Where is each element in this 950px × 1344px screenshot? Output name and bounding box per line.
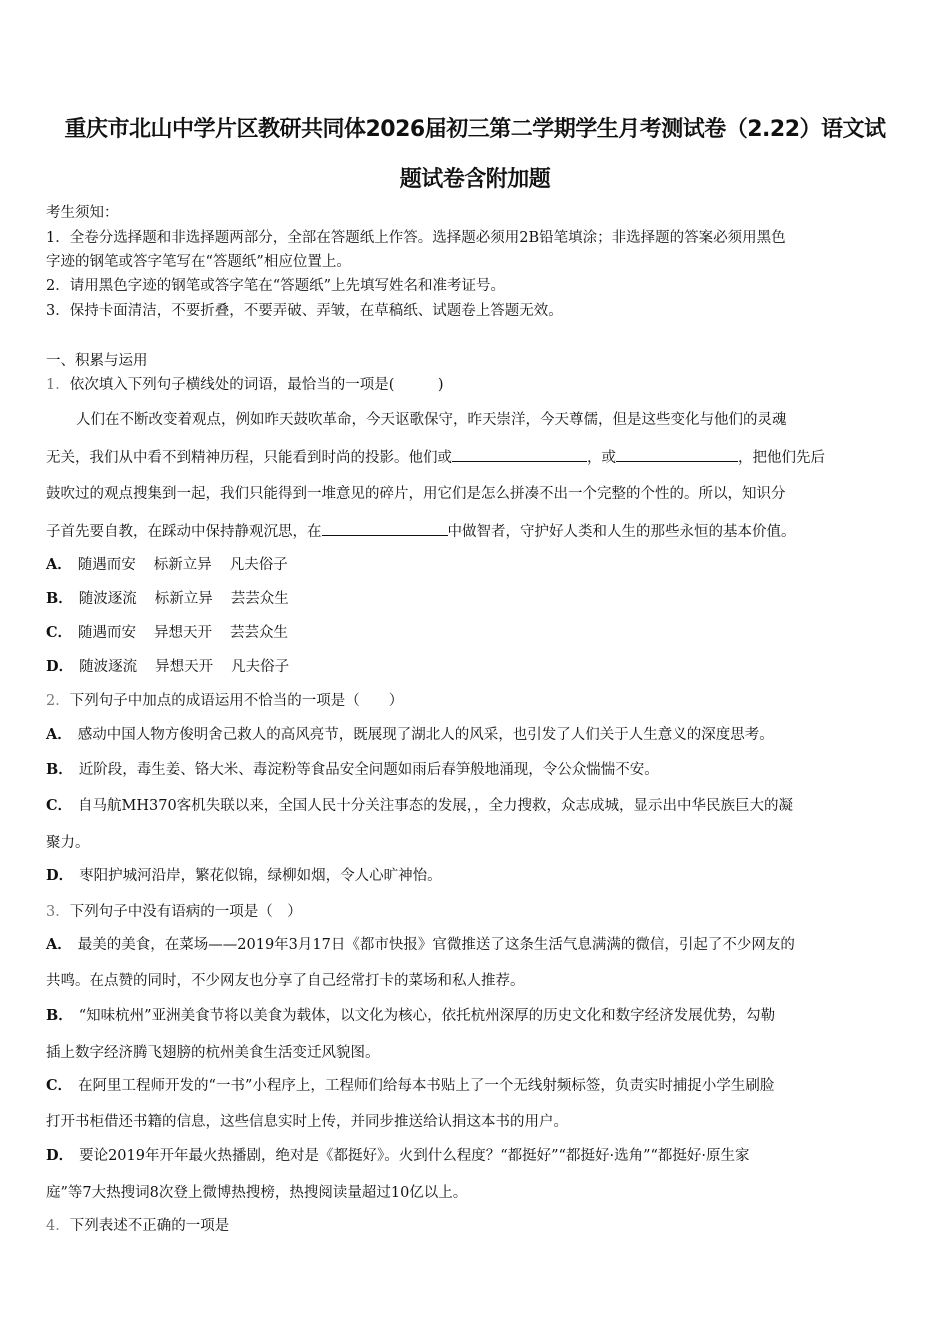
passage-line-3: 鼓吹过的观点搜集到一起，我们只能得到一堆意见的碎片，用它们是怎么拼凑不出一个完整… (46, 484, 786, 504)
option-letter: D． (46, 867, 73, 884)
notice-item-2: 2．请用黑色字迹的钢笔或答字笔在“答题纸”上先填写姓名和准考证号。 (46, 276, 505, 296)
option-c: C．自马航MH370客机失联以来，全国人民十分关注事态的发展，，全力搜救，众志成… (46, 796, 793, 816)
option-word: 芸芸众生 (231, 591, 289, 607)
option-d-cont: 庭”等7大热搜词8次登上微博热搜榜，热搜阅读量超过10亿以上。 (46, 1183, 467, 1203)
question-1-stem-line: 1．依次填入下列句子横线处的词语，最恰当的一项是( ) (46, 375, 444, 395)
option-letter: B． (46, 761, 73, 778)
option-word: 芸芸众生 (230, 625, 288, 641)
option-d: D．枣阳护城河沿岸，繁花似锦，绿柳如烟，令人心旷神怡。 (46, 866, 442, 886)
passage-text: 子首先要自教，在踩动中保持静观沉思，在 (46, 524, 322, 540)
passage-line-1: 人们在不断改变着观点，例如昨天鼓吹革命，今天讴歌保守，昨天崇洋，今天尊儒，但是这… (76, 410, 787, 430)
option-letter: C． (46, 797, 72, 814)
passage-text: ，把他们先后 (738, 450, 825, 466)
option-word: 随波逐流 (79, 591, 137, 607)
notice-item-3: 3．保持卡面清洁，不要折叠，不要弄破、弄皱，在草稿纸、试题卷上答题无效。 (46, 301, 563, 321)
question-stem: 依次填入下列句子横线处的词语，最恰当的一项是( ) (70, 377, 444, 393)
option-b: B．近阶段，毒生姜、铬大米、毒淀粉等食品安全问题如雨后春笋般地涌现，令公众惴惴不… (46, 760, 659, 780)
option-letter: B． (46, 1007, 73, 1024)
option-c-cont: 打开书柜借还书籍的信息，这些信息实时上传，并同步推送给认捐这本书的用户。 (46, 1112, 568, 1132)
option-c: C．随遇而安异想天开芸芸众生 (46, 623, 288, 643)
option-letter: D． (46, 658, 73, 675)
question-stem: 下列句子中加点的成语运用不恰当的一项是（ ） (70, 693, 404, 709)
option-letter: D． (46, 1147, 73, 1164)
option-text: 要论2019年开年最火热播剧，绝对是《都挺好》。火到什么程度？“都挺好”“都挺好… (79, 1148, 749, 1164)
option-b: B．随波逐流标新立异芸芸众生 (46, 589, 289, 609)
question-stem: 下列句子中没有语病的一项是（ ） (70, 904, 302, 920)
question-number: 1． (46, 377, 70, 393)
option-c: C．在阿里工程师开发的“一书”小程序上，工程师们给每本书贴上了一个无线射频标签，… (46, 1076, 774, 1096)
option-a: A．感动中国人物方俊明舍己救人的高风亮节，既展现了湖北人的风采，也引发了人们关于… (46, 725, 774, 745)
section-heading: 一、积累与运用 (46, 351, 148, 371)
option-word: 随遇而安 (78, 557, 136, 573)
passage-line-4: 子首先要自教，在踩动中保持静观沉思，在中做智者，守护好人类和人生的那些永恒的基本… (46, 521, 796, 542)
option-text: 感动中国人物方俊明舍己救人的高风亮节，既展现了湖北人的风采，也引发了人们关于人生… (78, 727, 774, 743)
option-c-cont: 聚力。 (46, 833, 90, 853)
option-a-cont: 共鸣。在点赞的同时，不少网友也分享了自己经常打卡的菜场和私人推荐。 (46, 971, 525, 991)
question-number: 2． (46, 693, 70, 709)
option-b: B．“知味杭州”亚洲美食节将以美食为载体，以文化为核心，依托杭州深厚的历史文化和… (46, 1006, 775, 1026)
document-title-line1: 重庆市北山中学片区教研共同体2026届初三第二学期学生月考测试卷（2.22）语文… (0, 112, 950, 143)
option-word: 随遇而安 (78, 625, 136, 641)
option-text: 在阿里工程师开发的“一书”小程序上，工程师们给每本书贴上了一个无线射频标签，负责… (78, 1078, 774, 1094)
option-letter: A． (46, 936, 72, 953)
option-letter: A． (46, 556, 72, 573)
option-word: 凡夫俗子 (231, 659, 289, 675)
question-number: 3． (46, 904, 70, 920)
option-word: 凡夫俗子 (230, 557, 288, 573)
passage-line-2: 无关，我们从中看不到精神历程，只能看到时尚的投影。他们或，或，把他们先后 (46, 447, 825, 468)
fill-blank-3 (322, 521, 448, 536)
fill-blank-2 (616, 447, 738, 462)
option-text: 枣阳护城河沿岸，繁花似锦，绿柳如烟，令人心旷神怡。 (79, 868, 442, 884)
question-3-stem-line: 3．下列句子中没有语病的一项是（ ） (46, 902, 302, 922)
option-a: A．最美的美食，在菜场——2019年3月17日《都市快报》官微推送了这条生活气息… (46, 935, 795, 955)
option-d: D．要论2019年开年最火热播剧，绝对是《都挺好》。火到什么程度？“都挺好”“都… (46, 1146, 750, 1166)
option-letter: C． (46, 1077, 72, 1094)
option-text: 近阶段，毒生姜、铬大米、毒淀粉等食品安全问题如雨后春笋般地涌现，令公众惴惴不安。 (79, 762, 659, 778)
notice-item-1: 1．全卷分选择题和非选择题两部分，全部在答题纸上作答。选择题必须用2B铅笔填涂；… (46, 228, 786, 248)
option-letter: C． (46, 624, 72, 641)
notice-item-1-cont: 字迹的钢笔或答字笔写在“答题纸”相应位置上。 (46, 252, 351, 272)
question-stem: 下列表述不正确的一项是 (70, 1218, 230, 1234)
option-word: 异想天开 (155, 659, 213, 675)
question-2-stem-line: 2．下列句子中加点的成语运用不恰当的一项是（ ） (46, 691, 403, 711)
notice-heading: 考生须知： (46, 203, 119, 223)
option-letter: A． (46, 726, 72, 743)
option-word: 异想天开 (154, 625, 212, 641)
option-d: D．随波逐流异想天开凡夫俗子 (46, 657, 289, 677)
option-b-cont: 插上数字经济腾飞翅膀的杭州美食生活变迁风貌图。 (46, 1043, 380, 1063)
question-number: 4． (46, 1218, 70, 1234)
option-word: 随波逐流 (79, 659, 137, 675)
document-title-line2: 题试卷含附加题 (0, 162, 950, 193)
question-4-stem-line: 4．下列表述不正确的一项是 (46, 1216, 229, 1236)
option-word: 标新立异 (154, 557, 212, 573)
option-text: “知味杭州”亚洲美食节将以美食为载体，以文化为核心，依托杭州深厚的历史文化和数字… (79, 1008, 775, 1024)
passage-text: ，或 (587, 450, 616, 466)
option-word: 标新立异 (155, 591, 213, 607)
passage-text: 中做智者，守护好人类和人生的那些永恒的基本价值。 (448, 524, 796, 540)
option-text: 最美的美食，在菜场——2019年3月17日《都市快报》官微推送了这条生活气息满满… (78, 937, 795, 953)
option-letter: B． (46, 590, 73, 607)
fill-blank-1 (452, 447, 587, 462)
option-a: A．随遇而安标新立异凡夫俗子 (46, 555, 288, 575)
passage-text: 无关，我们从中看不到精神历程，只能看到时尚的投影。他们或 (46, 450, 452, 466)
option-text: 自马航MH370客机失联以来，全国人民十分关注事态的发展，，全力搜救，众志成城，… (78, 798, 793, 814)
